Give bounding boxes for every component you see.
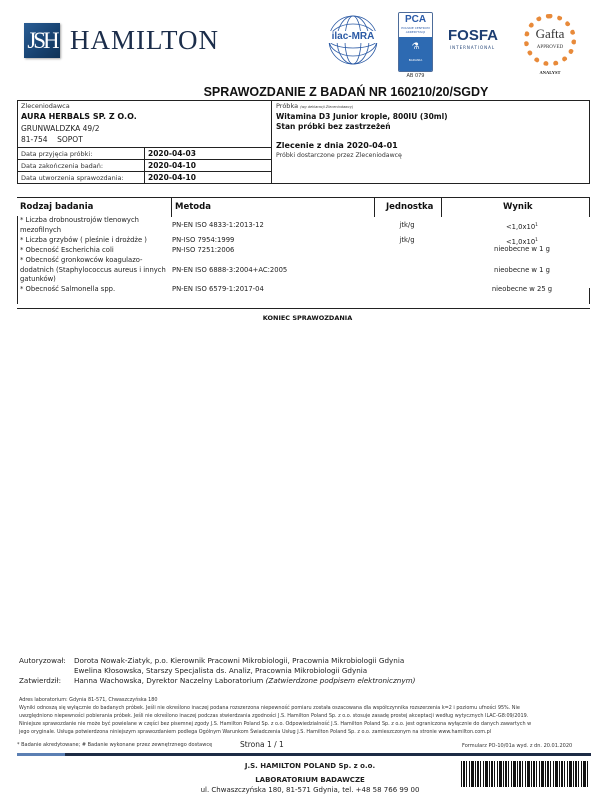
fosfa-logo: FOSFA (448, 28, 498, 44)
gafta-title: Gafta (529, 23, 571, 45)
ilac-mra-label: ilac-MRA (327, 31, 379, 43)
date-value: 2020-04-10 (144, 172, 272, 183)
column-divider (589, 198, 590, 217)
form-number: Formularz PO-10/01a wyd. z dn. 20.01.202… (462, 743, 572, 749)
test-result: nieobecne w 1 g (457, 266, 587, 276)
table-right-border (589, 288, 590, 304)
pca-badge: PCA POLSKIE CENTRUM AKREDYTACJI ⚗ BADANI… (398, 12, 433, 72)
test-result: nieobecne w 25 g (457, 285, 587, 295)
date-label: Data przyjęcia próbki: (21, 149, 92, 159)
header-method: Metoda (175, 201, 211, 213)
footer-accent-bar (17, 753, 65, 756)
barcode-icon (461, 761, 589, 787)
table-left-border (17, 216, 18, 304)
table-body: * Liczba drobnoustrojów tlenowych mezofi… (17, 216, 590, 295)
fine-print-line: jego oryginale. Usługa potwierdzona nini… (19, 728, 594, 736)
test-name: * Liczba grzybów ( pleśnie i drożdże ) (20, 236, 180, 246)
approved-note: (Zatwierdzone podpisem elektronicznym) (266, 676, 416, 685)
approved-person: Hanna Wachowska, Dyrektor Naczelny Labor… (74, 676, 263, 685)
test-unit: jtk/g (377, 221, 437, 231)
authorized-person-2: Ewelina Kłosowska, Starszy Specjalista d… (19, 666, 415, 676)
table-row: * Obecność Salmonella spp. PN-EN ISO 657… (17, 285, 590, 295)
date-row: Data przyjęcia próbki: 2020-04-03 (18, 147, 272, 159)
sample-label-line: Próbka (wg deklaracji Zleceniodawcy) (276, 102, 586, 112)
footnote: * Badanie akredytowane; # Badanie wykona… (17, 742, 212, 748)
info-box: Zleceniodawca AURA HERBALS SP. Z O.O. GR… (17, 100, 590, 184)
results-table: Rodzaj badania Metoda Jednostka Wynik * … (17, 197, 590, 295)
client-name: AURA HERBALS SP. Z O.O. (21, 111, 269, 123)
date-row: Data utworzenia sprawozdania: 2020-04-10 (18, 171, 272, 183)
report-title: SPRAWOZDANIE Z BADAŃ NR 160210/20/SGDY (0, 84, 610, 100)
fosfa-subtitle: INTERNATIONAL (450, 45, 495, 50)
pca-title: PCA (399, 13, 432, 26)
gafta-subtitle: ANALYST (524, 70, 576, 75)
fine-print-line: Wyniki odnoszą się wyłącznie do badanych… (19, 704, 594, 712)
fine-print-line: uwzględniono niepewności pobierania prób… (19, 712, 594, 720)
authorized-label: Autoryzował: (19, 656, 74, 666)
date-label: Data zakończenia badań: (21, 161, 103, 171)
page-number: Strona 1 / 1 (240, 740, 284, 749)
table-row: * Liczba drobnoustrojów tlenowych mezofi… (17, 216, 590, 236)
pca-subtitle: POLSKIE CENTRUM AKREDYTACJI (399, 26, 432, 34)
client-city: 81-754 SOPOT (21, 134, 269, 145)
authorized-person-1: Dorota Nowak-Ziatyk, p.o. Kierownik Prac… (74, 656, 404, 665)
date-value: 2020-04-10 (144, 160, 272, 171)
date-label: Data utworzenia sprawozdania: (21, 173, 124, 183)
header-result: Wynik (503, 201, 533, 213)
footer-address: ul. Chwaszczyńska 180, 81-571 Gdynia, te… (120, 785, 500, 795)
sample-state: Stan próbki bez zastrzeżeń (276, 122, 586, 132)
footer-company: J.S. HAMILTON POLAND Sp. z o.o. LABORATO… (160, 759, 460, 787)
client-label: Zleceniodawca (21, 102, 269, 111)
pca-number: AB 079 (398, 73, 433, 79)
authorization-block: Autoryzował:Dorota Nowak-Ziatyk, p.o. Ki… (19, 656, 415, 686)
test-method: PN-EN ISO 6888-3:2004+AC:2005 (172, 266, 287, 276)
end-of-report: KONIEC SPRAWOZDANIA (0, 314, 610, 323)
sample-label: Próbka (276, 102, 298, 110)
test-name: * Obecność Escherichia coli (20, 246, 180, 256)
table-bottom-border (17, 308, 590, 309)
order-date: Zlecenie z dnia 2020-04-01 (276, 140, 586, 151)
hamilton-logo-icon: JSH (24, 23, 60, 58)
fine-print: Adres laboratorium: Gdynia 81-571, Chwas… (19, 696, 594, 736)
table-header: Rodzaj badania Metoda Jednostka Wynik (17, 197, 590, 216)
fine-print-line: Niniejsze sprawozdanie nie może być powi… (19, 720, 594, 728)
gafta-logo: Gafta APPROVED (524, 14, 576, 66)
approved-label: Zatwierdził: (19, 676, 74, 686)
column-divider (374, 198, 375, 217)
column-divider (171, 198, 172, 217)
pca-badge-label: BADANIA (399, 57, 432, 63)
sample-section: Próbka (wg deklaracji Zleceniodawcy) Wit… (276, 102, 586, 160)
test-method: PN-EN ISO 4833-1:2013-12 (172, 221, 264, 231)
flask-icon: ⚗ (399, 37, 432, 57)
column-divider (441, 198, 442, 217)
header-test-type: Rodzaj badania (20, 201, 93, 213)
test-name: * Obecność Salmonella spp. (20, 285, 180, 295)
gafta-approved: APPROVED (529, 45, 571, 51)
client-street: GRUNWALDZKA 49/2 (21, 123, 269, 134)
table-row: * Obecność gronkowców koagulazo-dodatnic… (17, 256, 590, 285)
header-unit: Jednostka (386, 201, 433, 213)
order-note: Próbki dostarczone przez Zleceniodawcę (276, 151, 586, 160)
date-row: Data zakończenia badań: 2020-04-10 (18, 159, 272, 171)
company-name: J.S. HAMILTON POLAND Sp. z o.o. (160, 759, 460, 773)
test-method: PN-EN ISO 6579-1:2017-04 (172, 285, 264, 295)
footer-bar (65, 753, 591, 756)
sample-label-note: (wg deklaracji Zleceniodawcy) (300, 105, 353, 109)
test-result: <1,0x101 (457, 221, 587, 233)
sample-name: Witamina D3 Junior krople, 800IU (30ml) (276, 112, 586, 122)
lab-address: Adres laboratorium: Gdynia 81-571, Chwas… (19, 696, 594, 704)
hamilton-logo-text: HAMILTON (70, 22, 219, 58)
test-method: PN-ISO 7251:2006 (172, 246, 234, 256)
client-section: Zleceniodawca AURA HERBALS SP. Z O.O. GR… (18, 101, 272, 183)
test-name: * Obecność gronkowców koagulazo-dodatnic… (20, 256, 172, 285)
date-value: 2020-04-03 (144, 148, 272, 159)
test-unit: jtk/g (377, 236, 437, 246)
test-result: nieobecne w 1 g (457, 245, 587, 255)
test-method: PN-ISO 7954:1999 (172, 236, 234, 246)
test-name: * Liczba drobnoustrojów tlenowych mezofi… (20, 216, 180, 235)
table-row: * Obecność Escherichia coli PN-ISO 7251:… (17, 246, 590, 256)
